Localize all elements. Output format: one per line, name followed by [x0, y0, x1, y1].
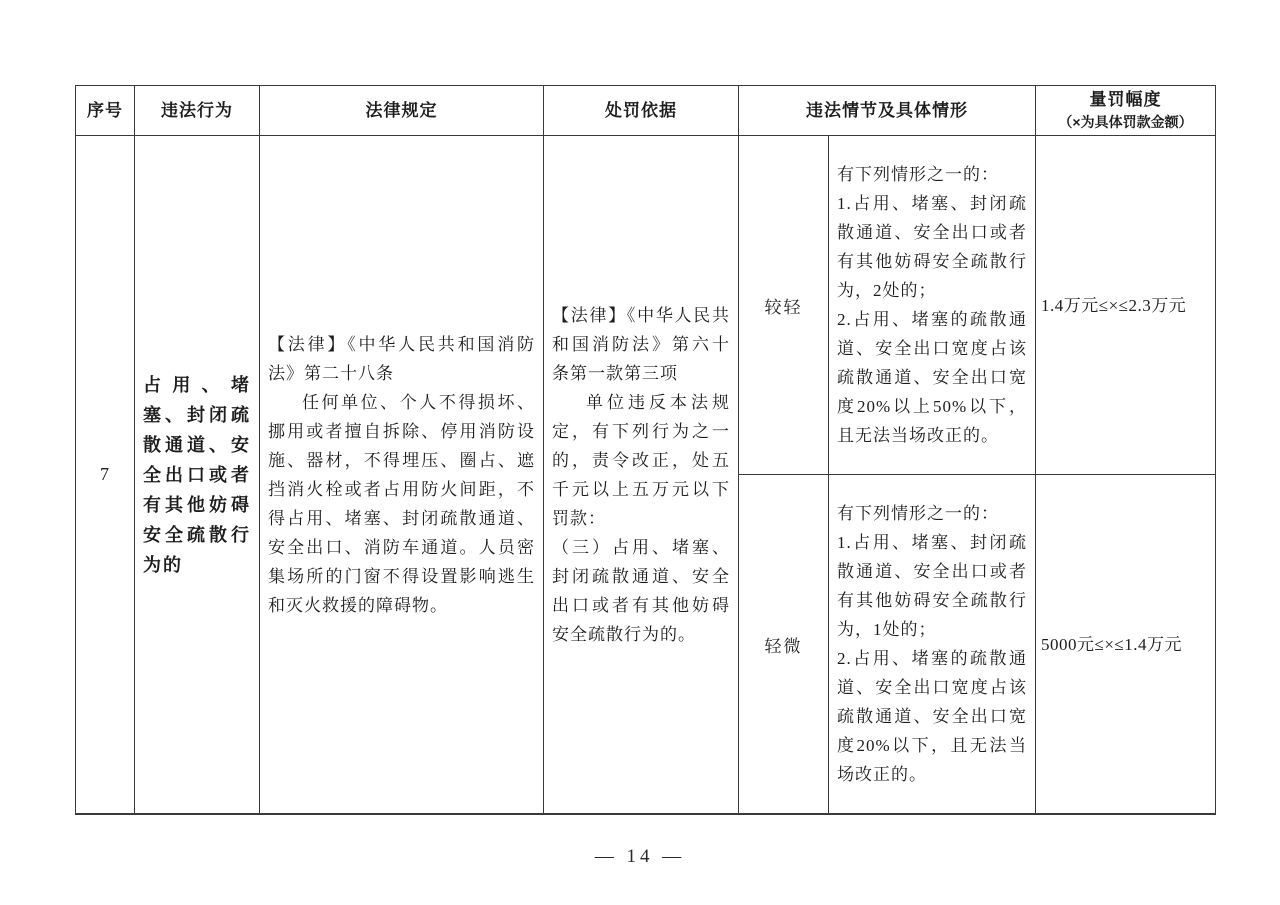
penalty-basis-item: （三）占用、堵塞、封闭疏散通道、安全出口或者有其他妨碍安全疏散行为的。 [552, 533, 730, 649]
range-value: 5000元≤×≤1.4万元 [1041, 630, 1210, 659]
violation-text: 占用、堵塞、封闭疏散通道、安全出口或者有其他妨碍安全疏散行为的 [143, 370, 251, 580]
circumstance-intro: 有下列情形之一的： [837, 499, 1027, 528]
range-value: 1.4万元≤×≤2.3万元 [1041, 291, 1210, 320]
header-basis: 处罚依据 [544, 86, 739, 136]
header-range-title: 量罚幅度 [1036, 89, 1215, 111]
header-violation: 违法行为 [135, 86, 260, 136]
header-violation-label: 违法行为 [135, 100, 259, 122]
header-seq: 序号 [76, 86, 135, 136]
severity-cell-slight: 轻微 [739, 475, 829, 813]
header-range: 量罚幅度 （×为具体罚款金额） [1036, 86, 1215, 136]
header-seq-label: 序号 [76, 100, 134, 122]
document-page: { "page": { "footer": "— 14 —" }, "table… [0, 0, 1280, 905]
severity-cell-minor: 较轻 [739, 136, 829, 475]
header-legal-label: 法律规定 [260, 100, 543, 122]
cell-penalty-basis: 【法律】《中华人民共和国消防法》第六十条第一款第三项 单位违反本法规定，有下列行… [544, 136, 739, 813]
header-legal: 法律规定 [260, 86, 544, 136]
severity-label: 较轻 [739, 293, 828, 318]
range-cell-minor: 1.4万元≤×≤2.3万元 [1036, 136, 1215, 475]
header-circumstances-label: 违法情节及具体情形 [739, 100, 1035, 122]
circumstance-item-1: 1.占用、堵塞、封闭疏散通道、安全出口或者有其他妨碍安全疏散行为，2处的； [837, 189, 1027, 305]
range-cell-slight: 5000元≤×≤1.4万元 [1036, 475, 1215, 813]
page-number: — 14 — [0, 846, 1280, 868]
cell-legal-provision: 【法律】《中华人民共和国消防法》第二十八条 任何单位、个人不得损坏、挪用或者擅自… [260, 136, 544, 813]
circumstance-cell-minor: 有下列情形之一的： 1.占用、堵塞、封闭疏散通道、安全出口或者有其他妨碍安全疏散… [829, 136, 1036, 475]
header-range-note: （×为具体罚款金额） [1036, 111, 1215, 133]
legal-provision-heading: 【法律】《中华人民共和国消防法》第二十八条 [268, 330, 535, 388]
seq-number: 7 [76, 464, 134, 485]
circumstance-intro: 有下列情形之一的： [837, 160, 1027, 189]
circumstance-item-2: 2.占用、堵塞的疏散通道、安全出口宽度占该疏散通道、安全出口宽度20%以下，且无… [837, 644, 1027, 789]
cell-seq: 7 [76, 136, 135, 813]
penalty-basis-body: 单位违反本法规定，有下列行为之一的，责令改正，处五千元以上五万元以下罚款： [552, 388, 730, 533]
circumstance-item-1: 1.占用、堵塞、封闭疏散通道、安全出口或者有其他妨碍安全疏散行为，1处的； [837, 528, 1027, 644]
penalty-basis-heading: 【法律】《中华人民共和国消防法》第六十条第一款第三项 [552, 301, 730, 388]
header-circumstances: 违法情节及具体情形 [739, 86, 1036, 136]
severity-label: 轻微 [739, 632, 828, 657]
legal-provision-body: 任何单位、个人不得损坏、挪用或者擅自拆除、停用消防设施、器材，不得埋压、圈占、遮… [268, 388, 535, 620]
circumstance-cell-slight: 有下列情形之一的： 1.占用、堵塞、封闭疏散通道、安全出口或者有其他妨碍安全疏散… [829, 475, 1036, 813]
cell-violation: 占用、堵塞、封闭疏散通道、安全出口或者有其他妨碍安全疏散行为的 [135, 136, 260, 813]
circumstance-item-2: 2.占用、堵塞的疏散通道、安全出口宽度占该疏散通道、安全出口宽度20%以上50%… [837, 305, 1027, 450]
header-basis-label: 处罚依据 [544, 100, 738, 122]
penalty-table: 序号 违法行为 法律规定 处罚依据 违法情节及具体情形 量罚幅度 （×为具体罚款… [75, 85, 1216, 815]
